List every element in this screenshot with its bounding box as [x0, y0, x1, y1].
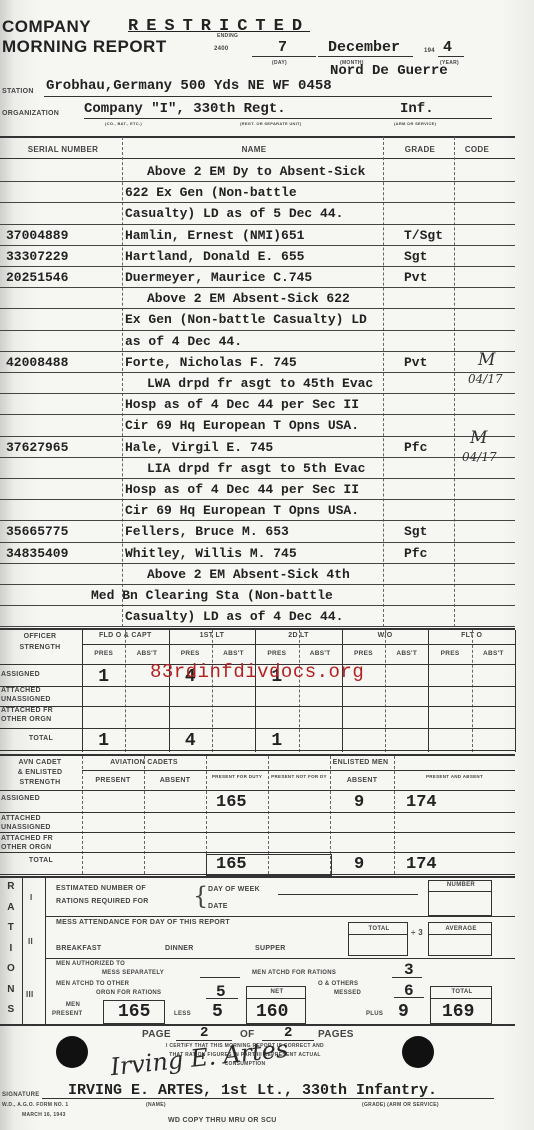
- enlisted-subcol-header: PRESENT AND ABSENT: [394, 773, 515, 780]
- roster-text: 622 Ex Gen (Non-battle: [125, 185, 297, 200]
- rations-total-label: TOTAL: [432, 989, 492, 995]
- roster-text: Casualty) LD as of 4 Dec 44.: [125, 609, 343, 624]
- enlisted-count: 165: [216, 793, 247, 812]
- roster-text: Hartland, Donald E. 655: [125, 249, 304, 264]
- enlisted-strength-title: STRENGTH: [0, 779, 80, 786]
- officer-subcol-header: PRES: [342, 650, 385, 657]
- roster-remark-line: Above 2 EM Absent-Sick 4th: [0, 565, 515, 586]
- officer-row-label: ASSIGNED: [1, 670, 81, 679]
- margin-note: 04/17: [462, 450, 497, 464]
- enlisted-count: 174: [406, 793, 437, 812]
- enlisted-row-label: ATTACHED UNASSIGNED: [1, 814, 81, 832]
- rations-side-letter: S: [2, 1004, 20, 1015]
- officer-subcol-header: ABS'T: [385, 650, 428, 657]
- rations-total-value: 169: [442, 1002, 474, 1022]
- roster-entry: 34835409Whitley, Willis M. 745Pfc: [0, 544, 515, 565]
- authorized-label-1: MEN AUTHORIZED TO: [56, 961, 125, 967]
- serial-number: 42008488: [6, 355, 68, 370]
- officer-strength-title: OFFICER: [0, 633, 80, 640]
- roster-text: Hamlin, Ernest (NMI)651: [125, 228, 304, 243]
- org-sublabel-company: (CO., BAT., ETC.): [105, 121, 142, 126]
- ending-label: ENDING: [217, 33, 238, 39]
- row-rule: [0, 457, 515, 458]
- plus-value: 9: [398, 1002, 409, 1022]
- section-i-numeral: I: [30, 893, 33, 902]
- handwritten-signature: Irving E. Artes: [109, 1035, 289, 1081]
- form-title-morning-report: MORNING REPORT: [2, 37, 167, 57]
- station-label: STATION: [2, 88, 34, 95]
- average-label: AVERAGE: [430, 926, 492, 932]
- pages-label: PAGES: [318, 1029, 354, 1040]
- men-present-label-1: MEN: [58, 1002, 88, 1008]
- enlisted-subcol-header: ABSENT: [144, 777, 206, 784]
- enlisted-subcol-header: PRESENT: [82, 777, 144, 784]
- enlisted-men-header: ENLISTED MEN: [206, 759, 515, 766]
- rations-side-letter: R: [2, 881, 20, 892]
- roster-text: LWA drpd fr asgt to 45th Evac: [147, 376, 373, 391]
- total-present-box: [206, 854, 332, 876]
- col-header-name: NAME: [124, 145, 384, 154]
- roster-remark-line: Hosp as of 4 Dec 44 per Sec II: [0, 395, 515, 416]
- officers-label-2: MESSED: [334, 990, 361, 996]
- row-rule: [0, 478, 515, 479]
- enlisted-count: 9: [354, 793, 364, 812]
- divide-by-three: ÷ 3: [409, 928, 425, 937]
- roster-entry: 20251546Duermeyer, Maurice C.745Pvt: [0, 268, 515, 289]
- officer-subcol-header: PRES: [428, 650, 471, 657]
- form-title-company: COMPANY: [2, 17, 91, 37]
- roster-entry: 33307229Hartland, Donald E. 655Sgt: [0, 247, 515, 268]
- officer-row-label: TOTAL: [1, 734, 81, 743]
- report-year: 4: [443, 39, 452, 56]
- punch-hole-right: [402, 1036, 434, 1068]
- roster-remark-line: LIA drpd fr asgt to 5th Evac: [0, 459, 515, 480]
- form-number: W.D., A.G.O. FORM NO. 1: [2, 1102, 68, 1108]
- row-rule: [0, 563, 515, 564]
- enlisted-row-label: ASSIGNED: [1, 794, 81, 803]
- roster-text: Above 2 EM Dy to Absent-Sick: [147, 164, 365, 179]
- serial-number: 35665775: [6, 524, 68, 539]
- signature-typed: IRVING E. ARTES, 1st Lt., 330th Infantry…: [68, 1082, 437, 1099]
- rations-side-letter: A: [2, 902, 20, 913]
- row-rule: [0, 542, 515, 543]
- men-present-value: 165: [118, 1002, 150, 1022]
- name-label: (NAME): [146, 1102, 166, 1108]
- officer-row-label: ATTACHED FR OTHER ORGN: [1, 706, 81, 724]
- margin-note: M: [470, 428, 487, 448]
- enlisted-row-label: TOTAL: [1, 856, 81, 865]
- serial-number: 33307229: [6, 249, 68, 264]
- roster-text: Duermeyer, Maurice C.745: [125, 270, 312, 285]
- mess-attendance-title: MESS ATTENDANCE FOR DAY OF THIS REPORT: [56, 919, 230, 926]
- roster-text: LIA drpd fr asgt to 5th Evac: [147, 461, 365, 476]
- roster-text: Med Bn Clearing Sta (Non-battle: [91, 588, 333, 603]
- roster-remark-line: Casualty) LD as of 4 Dec 44.: [0, 607, 515, 628]
- enlisted-count: 174: [406, 855, 437, 874]
- page-label: PAGE: [142, 1029, 171, 1040]
- atchd-other-label-2: ORGN FOR RATIONS: [96, 990, 161, 996]
- officer-strength-title: STRENGTH: [0, 644, 80, 651]
- net-value: 160: [256, 1002, 288, 1022]
- row-rule: [0, 245, 515, 246]
- rations-side-letter: T: [2, 922, 20, 933]
- rations-required-label-1: ESTIMATED NUMBER OF: [56, 885, 146, 892]
- row-rule: [0, 372, 515, 373]
- roster-remark-line: as of 4 Dec 44.: [0, 332, 515, 353]
- row-rule: [0, 520, 515, 521]
- morning-report-document: COMPANY RESTRICTED MORNING REPORT ENDING…: [0, 0, 534, 1130]
- officer-count: 4: [169, 731, 212, 751]
- roster-text: Above 2 EM Absent-Sick 4th: [147, 567, 350, 582]
- authorized-label-2: MESS SEPARATELY: [102, 970, 164, 976]
- enlisted-row-label: ATTACHED FR OTHER ORGN: [1, 834, 81, 852]
- officer-subcol-header: PRES: [82, 650, 125, 657]
- grade: T/Sgt: [404, 228, 443, 243]
- officer-subcol-header: PRES: [255, 650, 298, 657]
- roster-remark-line: Above 2 EM Dy to Absent-Sick: [0, 162, 515, 183]
- atchd-for-rations-label: MEN ATCHD FOR RATIONS: [252, 970, 336, 976]
- roster-remark-line: Casualty) LD as of 5 Dec 44.: [0, 204, 515, 225]
- enlisted-count: 9: [354, 855, 364, 874]
- roster-entry: 42008488Forte, Nicholas F. 745Pvt: [0, 353, 515, 374]
- org-sublabel-regt: (REGT. OR SEPARATE UNIT): [240, 121, 302, 126]
- less-label: LESS: [174, 1011, 191, 1017]
- copy-note: WD COPY THRU MRU OR SCU: [168, 1117, 277, 1124]
- row-rule: [0, 605, 515, 606]
- roster-remark-line: Cir 69 Hq European T Opns USA.: [0, 416, 515, 437]
- rations-side-letter: O: [2, 963, 20, 974]
- roster-remark-line: Above 2 EM Absent-Sick 622: [0, 289, 515, 310]
- col-header-code: CODE: [454, 145, 500, 154]
- organization-label: ORGANIZATION: [2, 110, 59, 117]
- location-note: Nord De Guerre: [330, 63, 448, 79]
- day-of-week-label: DAY OF WEEK: [208, 886, 260, 893]
- report-month: December: [328, 39, 400, 56]
- grade: Pfc: [404, 546, 427, 561]
- officer-row-label: ATTACHED UNASSIGNED: [1, 686, 81, 704]
- row-rule: [0, 287, 515, 288]
- rations-side-letter: N: [2, 984, 20, 995]
- officer-count: 1: [82, 667, 125, 687]
- col-header-grade: GRADE: [386, 145, 454, 154]
- men-present-label-2: PRESENT: [52, 1011, 82, 1017]
- row-rule: [0, 224, 515, 225]
- meal-dinner: DINNER: [165, 945, 194, 952]
- roster-text: Fellers, Bruce M. 653: [125, 524, 289, 539]
- row-rule: [0, 351, 515, 352]
- date-label: DATE: [208, 903, 228, 910]
- grade: Pfc: [404, 440, 427, 455]
- number-label: NUMBER: [430, 882, 492, 888]
- roster-remark-line: Ex Gen (Non-battle Casualty) LD: [0, 310, 515, 331]
- rations-required-label-2: RATIONS REQUIRED FOR: [56, 898, 149, 905]
- grade: Sgt: [404, 524, 427, 539]
- margin-note: 04/17: [468, 372, 503, 386]
- row-rule: [0, 330, 515, 331]
- organization-branch: Inf.: [400, 101, 434, 117]
- rations-side-letter: I: [2, 943, 20, 954]
- officer-subcol-header: ABS'T: [299, 650, 342, 657]
- roster-text: Above 2 EM Absent-Sick 622: [147, 291, 350, 306]
- enlisted-subcol-header: PRESENT NOT FOR DY: [268, 773, 330, 780]
- roster-remark-line: LWA drpd fr asgt to 45th Evac: [0, 374, 515, 395]
- roster-text: Hale, Virgil E. 745: [125, 440, 273, 455]
- officer-subcol-header: ABS'T: [472, 650, 515, 657]
- atchd-other-label-1: MEN ATCHD TO OTHER: [56, 981, 129, 987]
- roster-text: Whitley, Willis M. 745: [125, 546, 297, 561]
- year-prefix: 194: [424, 48, 435, 54]
- row-rule: [0, 499, 515, 500]
- mess-total-label: TOTAL: [350, 926, 408, 932]
- row-rule: [0, 181, 515, 182]
- grade: Sgt: [404, 249, 427, 264]
- serial-number: 37627965: [6, 440, 68, 455]
- section-iii-numeral: III: [26, 990, 34, 999]
- roster-text: Cir 69 Hq European T Opns USA.: [125, 418, 359, 433]
- roster-entry: 37004889Hamlin, Ernest (NMI)651T/Sgt: [0, 226, 515, 247]
- ending-time: 2400: [214, 46, 229, 52]
- day-label: (DAY): [272, 60, 287, 66]
- grade: Pvt: [404, 270, 427, 285]
- row-rule: [0, 436, 515, 437]
- col-header-serial: SERIAL NUMBER: [8, 145, 118, 154]
- plus-label: PLUS: [366, 1011, 383, 1017]
- enlisted-strength-title: AVN CADET: [0, 759, 80, 766]
- meal-supper: SUPPER: [255, 945, 286, 952]
- officer-subcol-header: ABS'T: [125, 650, 168, 657]
- punch-hole-left: [56, 1036, 88, 1068]
- grade-label: (GRADE) (ARM OR SERVICE): [362, 1102, 439, 1108]
- row-rule: [0, 414, 515, 415]
- roster-remark-line: 622 Ex Gen (Non-battle: [0, 183, 515, 204]
- officer-count: 1: [82, 731, 125, 751]
- row-rule: [0, 308, 515, 309]
- station-value: Grobhau,Germany 500 Yds NE WF 0458: [46, 78, 332, 94]
- org-sublabel-arm: (ARM OR SERVICE): [394, 121, 436, 126]
- less-value: 5: [212, 1002, 223, 1022]
- margin-note: M: [478, 350, 495, 370]
- enlisted-subcol-header: ABSENT: [330, 777, 394, 784]
- enlisted-strength-title: & ENLISTED: [0, 769, 80, 776]
- roster-text: Cir 69 Hq European T Opns USA.: [125, 503, 359, 518]
- roster-text: Ex Gen (Non-battle Casualty) LD: [125, 312, 367, 327]
- serial-number: 20251546: [6, 270, 68, 285]
- roster-remark-line: Cir 69 Hq European T Opns USA.: [0, 501, 515, 522]
- row-rule: [0, 393, 515, 394]
- row-rule: [0, 202, 515, 203]
- enlisted-subcol-header: PRESENT FOR DUTY: [206, 773, 268, 780]
- form-date: MARCH 16, 1943: [22, 1112, 66, 1118]
- roster-text: Casualty) LD as of 5 Dec 44.: [125, 206, 343, 221]
- roster-text: as of 4 Dec 44.: [125, 334, 242, 349]
- meal-breakfast: BREAKFAST: [56, 945, 101, 952]
- report-day: 7: [278, 39, 287, 56]
- officer-subcol-header: ABS'T: [212, 650, 255, 657]
- grade: Pvt: [404, 355, 427, 370]
- roster-text: Hosp as of 4 Dec 44 per Sec II: [125, 397, 359, 412]
- roster-remark-line: Med Bn Clearing Sta (Non-battle: [0, 586, 515, 607]
- serial-number: 34835409: [6, 546, 68, 561]
- watermark: 83rdinfdivdocs.org: [150, 661, 364, 683]
- organization-value: Company "I", 330th Regt.: [84, 101, 286, 117]
- serial-number: 37004889: [6, 228, 68, 243]
- roster-remark-line: Hosp as of 4 Dec 44 per Sec II: [0, 480, 515, 501]
- section-ii-numeral: II: [28, 937, 33, 946]
- row-rule: [0, 266, 515, 267]
- officer-count: 1: [255, 731, 298, 751]
- roster-text: Forte, Nicholas F. 745: [125, 355, 297, 370]
- roster-entry: 35665775Fellers, Bruce M. 653Sgt: [0, 522, 515, 543]
- officer-subcol-header: PRES: [169, 650, 212, 657]
- roster-entry: 37627965Hale, Virgil E. 745Pfc: [0, 438, 515, 459]
- net-label: NET: [248, 989, 306, 995]
- signature-label: SIGNATURE: [2, 1092, 40, 1098]
- row-rule: [0, 584, 515, 585]
- roster-text: Hosp as of 4 Dec 44 per Sec II: [125, 482, 359, 497]
- officers-label-1: O & OTHERS: [318, 981, 358, 987]
- brace: {: [193, 882, 208, 910]
- page-number: 2: [200, 1025, 208, 1041]
